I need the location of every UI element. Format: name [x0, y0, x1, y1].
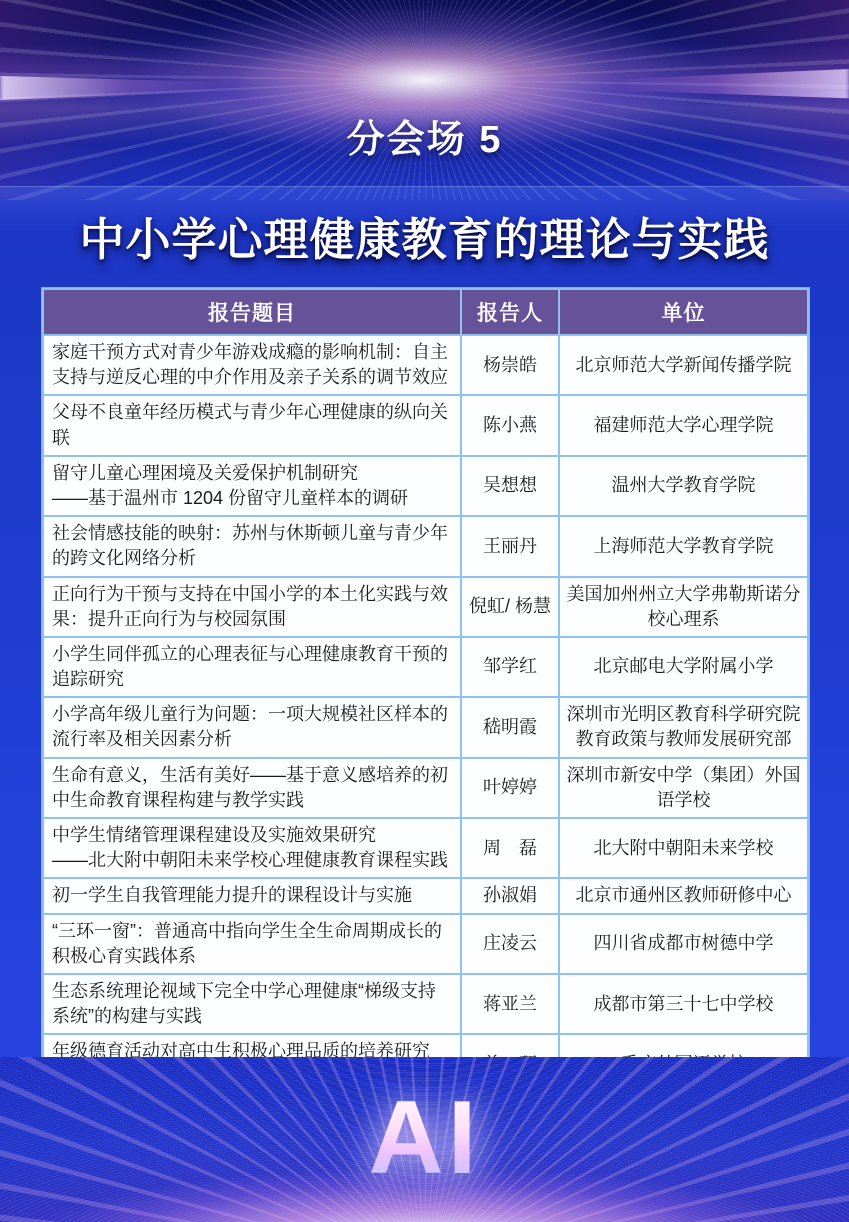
organization-cell: 北京邮电大学附属小学 [559, 637, 808, 697]
footer-decoration: AI [0, 1057, 849, 1222]
table-row: 小学生同伴孤立的心理表征与心理健康教育干预的追踪研究 邹学红 北京邮电大学附属小… [43, 637, 808, 697]
presenter-cell: 倪虹/ 杨慧 [461, 577, 559, 637]
column-header-report-title: 报告题目 [43, 289, 461, 335]
presenter-cell: 叶婷婷 [461, 758, 559, 818]
presenter-cell: 庄凌云 [461, 914, 559, 974]
table-row: 家庭干预方式对青少年游戏成瘾的影响机制：自主支持与逆反心理的中介作用及亲子关系的… [43, 335, 808, 395]
report-title-cell: 初一学生自我管理能力提升的课程设计与实施 [43, 878, 461, 913]
report-title-cell: 留守儿童心理困境及关爱保护机制研究 ——基于温州市 1204 份留守儿童样本的调… [43, 456, 461, 516]
table-row: 留守儿童心理困境及关爱保护机制研究 ——基于温州市 1204 份留守儿童样本的调… [43, 456, 808, 516]
table-row: “三环一窗”：普通高中指向学生全生命周期成长的积极心育实践体系 庄凌云 四川省成… [43, 914, 808, 974]
page-title: 中小学心理健康教育的理论与实践 [0, 203, 849, 268]
table-row: 中学生情绪管理课程建设及实施效果研究 ——北大附中朝阳未来学校心理健康教育课程实… [43, 818, 808, 878]
light-burst-decoration [0, 0, 849, 200]
presenter-cell: 孙淑娟 [461, 878, 559, 913]
organization-cell: 深圳市新安中学（集团）外国语学校 [559, 758, 808, 818]
table-header: 报告题目 报告人 单位 [43, 289, 808, 335]
presenter-cell: 蒋亚兰 [461, 974, 559, 1034]
column-header-presenter: 报告人 [461, 289, 559, 335]
conference-session-poster: 分会场 5 中小学心理健康教育的理论与实践 报告题目 报告人 单位 家庭干预方式… [0, 0, 849, 1222]
column-header-organization: 单位 [559, 289, 808, 335]
report-title-cell: 生命有意义，生活有美好——基于意义感培养的初中生命教育课程构建与教学实践 [43, 758, 461, 818]
presenter-cell: 陈小燕 [461, 395, 559, 455]
table-row: 父母不良童年经历模式与青少年心理健康的纵向关联 陈小燕 福建师范大学心理学院 [43, 395, 808, 455]
presenter-cell: 周 磊 [461, 818, 559, 878]
table-row: 小学高年级儿童行为问题：一项大规模社区样本的流行率及相关因素分析 嵇明霞 深圳市… [43, 697, 808, 757]
report-title-cell: 中学生情绪管理课程建设及实施效果研究 ——北大附中朝阳未来学校心理健康教育课程实… [43, 818, 461, 878]
organization-cell: 深圳市光明区教育科学研究院教育政策与教师发展研究部 [559, 697, 808, 757]
organization-cell: 上海师范大学教育学院 [559, 516, 808, 576]
report-title-cell: 社会情感技能的映射：苏州与休斯顿儿童与青少年的跨文化网络分析 [43, 516, 461, 576]
organization-cell: 北京师范大学新闻传播学院 [559, 335, 808, 395]
presenter-cell: 王丽丹 [461, 516, 559, 576]
report-title-cell: “三环一窗”：普通高中指向学生全生命周期成长的积极心育实践体系 [43, 914, 461, 974]
organization-cell: 北京市通州区教师研修中心 [559, 878, 808, 913]
report-title-cell: 小学生同伴孤立的心理表征与心理健康教育干预的追踪研究 [43, 637, 461, 697]
report-title-cell: 正向行为干预与支持在中国小学的本土化实践与效果：提升正向行为与校园氛围 [43, 577, 461, 637]
table-row: 社会情感技能的映射：苏州与休斯顿儿童与青少年的跨文化网络分析 王丽丹 上海师范大… [43, 516, 808, 576]
program-table: 报告题目 报告人 单位 家庭干预方式对青少年游戏成瘾的影响机制：自主支持与逆反心… [42, 288, 809, 1096]
presenter-cell: 杨崇皓 [461, 335, 559, 395]
presenter-cell: 邹学红 [461, 637, 559, 697]
light-streak-left [0, 55, 220, 115]
report-title-cell: 生态系统理论视域下完全中学心理健康“梯级支持系统”的构建与实践 [43, 974, 461, 1034]
report-title-cell: 小学高年级儿童行为问题：一项大规模社区样本的流行率及相关因素分析 [43, 697, 461, 757]
organization-cell: 四川省成都市树德中学 [559, 914, 808, 974]
organization-cell: 温州大学教育学院 [559, 456, 808, 516]
presenter-cell: 嵇明霞 [461, 697, 559, 757]
report-title-cell: 父母不良童年经历模式与青少年心理健康的纵向关联 [43, 395, 461, 455]
table-row: 生命有意义，生活有美好——基于意义感培养的初中生命教育课程构建与教学实践 叶婷婷… [43, 758, 808, 818]
presenter-cell: 吴想想 [461, 456, 559, 516]
table-row: 生态系统理论视域下完全中学心理健康“梯级支持系统”的构建与实践 蒋亚兰 成都市第… [43, 974, 808, 1034]
organization-cell: 福建师范大学心理学院 [559, 395, 808, 455]
organization-cell: 成都市第三十七中学校 [559, 974, 808, 1034]
table-row: 正向行为干预与支持在中国小学的本土化实践与效果：提升正向行为与校园氛围 倪虹/ … [43, 577, 808, 637]
organization-cell: 美国加州州立大学弗勒斯诺分校心理系 [559, 577, 808, 637]
table-body: 家庭干预方式对青少年游戏成瘾的影响机制：自主支持与逆反心理的中介作用及亲子关系的… [43, 335, 808, 1095]
report-title-cell: 家庭干预方式对青少年游戏成瘾的影响机制：自主支持与逆反心理的中介作用及亲子关系的… [43, 335, 461, 395]
session-label: 分会场 5 [0, 108, 849, 163]
organization-cell: 北大附中朝阳未来学校 [559, 818, 808, 878]
ai-logo: AI [0, 1079, 849, 1198]
table-row: 初一学生自我管理能力提升的课程设计与实施 孙淑娟 北京市通州区教师研修中心 [43, 878, 808, 913]
